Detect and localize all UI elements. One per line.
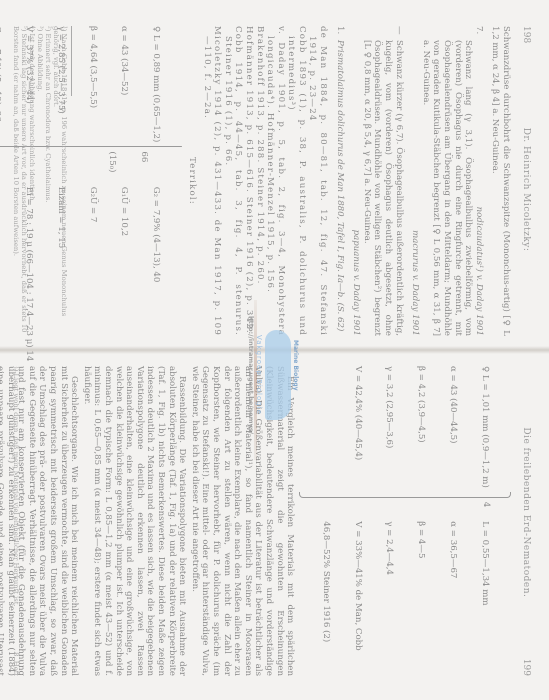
key-item-7: 7. nodicaudatus¹) v. Daday 1901 Schwanz …: [410, 26, 484, 336]
species-name: papuanus v. Daday 1901: [351, 40, 362, 336]
measurement-table-right: ♀ L = 1,01 mm (0,9—1,2 m) α = 43 (40—44,…: [299, 366, 511, 676]
species-entry-1: 1. Prismatolaimus dolichurus de Man 1880…: [334, 26, 345, 336]
species-name: nodicaudatus¹) v. Daday 1901: [473, 40, 484, 336]
key-text: Schwanz kürzer (γ 6,7). Ösophagealbulbus…: [362, 40, 404, 336]
brace: [299, 492, 511, 498]
watermark-url: http://intramar.ugent.be/nemys/: [247, 300, 255, 450]
page-198: 198 Dr. Heinrich Micoletzky: Schwanzdrüs…: [0, 0, 549, 350]
signature-mark: 8. Heft: [12, 652, 20, 676]
running-head-right: Die freilebenden Erd-Nematoden. 199: [521, 366, 531, 676]
paragraph: Rassenbildung. Die Variationspolygone bi…: [81, 366, 187, 676]
body-text-left: Schwanzdrüse durchbohrt die Schwanzspitz…: [0, 26, 511, 336]
footnotes-right: ¹) Liegt wohl daran, daß mein Material v…: [12, 366, 20, 676]
key-item-dash: — Schwanz kürzer (γ 6,7). Ösophagealbulb…: [351, 26, 404, 336]
intro-paragraph: Schwanzdrüse durchbohrt die Schwanzspitz…: [490, 26, 511, 336]
running-head-left: 198 Dr. Heinrich Micoletzky:: [521, 26, 531, 336]
page-number: 199: [521, 659, 531, 676]
book-spread: 198 Dr. Heinrich Micoletzky: Schwanzdrüs…: [0, 0, 549, 700]
author-head: Dr. Heinrich Micoletzky:: [521, 43, 531, 336]
species-name-alt: macrurus v. Daday 1901: [410, 40, 421, 336]
footnote-rule: [71, 26, 72, 96]
synonymy-list: de Man 1884, p. 80—81, tab. 12, fig. 47.…: [201, 26, 328, 336]
terrikol-label: Terrikol:: [186, 26, 197, 336]
watermark: Marine Biology Vakgroep Biologie http://…: [231, 300, 291, 450]
wave-logo-icon: Marine Biology: [265, 330, 291, 420]
key-text: Schwanz lang (γ 3,1). Ösophagealbulbus z…: [421, 40, 473, 336]
page-number: 198: [521, 26, 531, 43]
footnotes-left: ¹) Nach Cobb 1918 (1), p. 196 wahrschein…: [12, 26, 72, 336]
species-title: Prismatolaimus dolichurus de Man 1880, T…: [334, 40, 345, 336]
chapter-head: Die freilebenden Erd-Nematoden.: [521, 366, 531, 659]
watermark-dept: Vakgroep Biologie: [255, 300, 263, 450]
